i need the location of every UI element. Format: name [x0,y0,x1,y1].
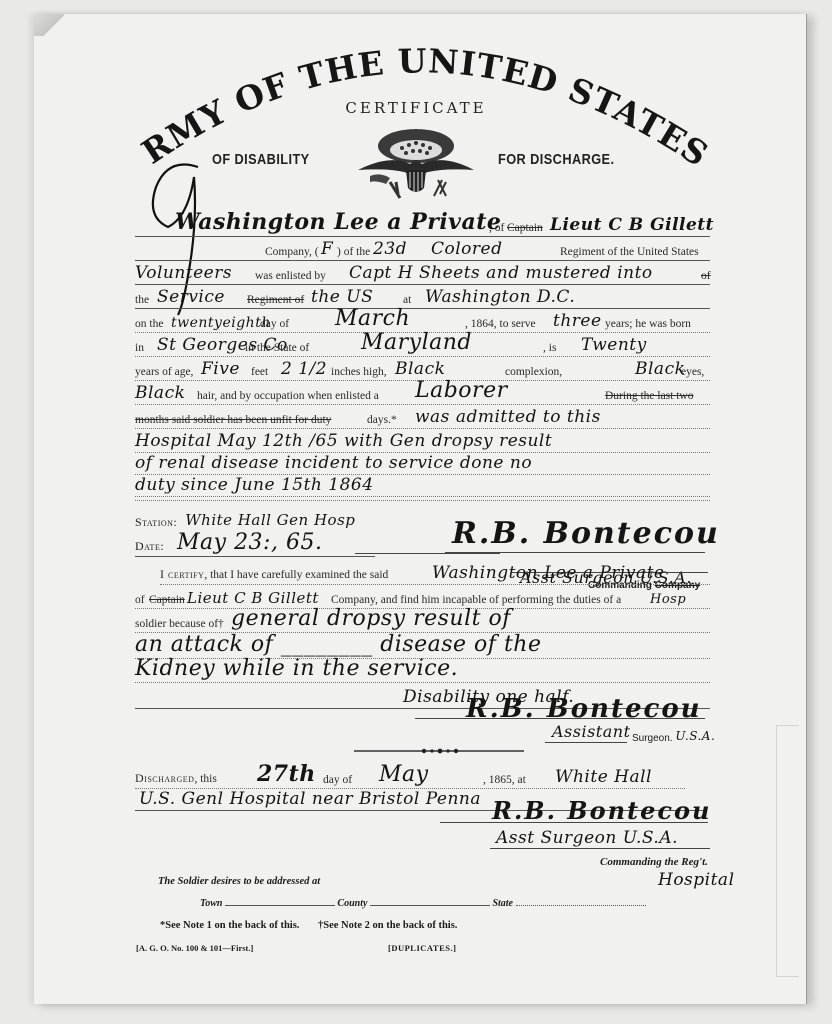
enlist-place: Washington D.C. [425,287,575,307]
reason-line-3: Kidney while in the service. [135,656,458,681]
reason-line-2: an attack of ________ disease of the [135,632,541,657]
certify-row: I certify, that I have carefully examine… [160,560,710,585]
address-label: The Soldier desires to be addressed at [158,876,320,887]
service-row: the Service Regiment of the US at Washin… [135,284,710,309]
disability-cause-row: soldier because of† general dropsy resul… [135,608,710,633]
surgeon-signature-2: R.B. Bontecou [466,694,702,724]
regiment-of-value: the US [311,287,373,307]
surgeon-label: Surgeon. U.S.A. [632,730,715,744]
discharge-day: 27th [257,761,316,787]
signature-line [440,822,708,823]
discharge-place-1: White Hall [555,767,652,787]
enlisted-by-row: Volunteers was enlisted by Capt H Sheets… [135,260,710,285]
soldier-name-row: Washington Lee a Private , of Captain Li… [135,206,710,237]
term-value: three [553,311,602,331]
state-field [516,905,646,906]
occupation-row: Black hair, and by occupation when enlis… [135,380,710,405]
duplicates-label: [DUPLICATES.] [388,943,456,953]
regiment-number: 23d [373,239,407,259]
bleed-through-stamp [776,725,799,977]
complexion-value: Black [395,359,445,379]
certify-soldier-name: Washington Lee a Private [432,563,664,583]
note-2: †See Note 2 on the back of this. [318,920,457,931]
disability-cause-row: Kidney while in the service. [135,658,710,683]
station-row [135,472,435,496]
age-value: Twenty [581,335,647,355]
form-number: [A. G. O. No. 100 & 101—First.] [136,943,253,953]
soldier-name: Washington Lee a Private [175,209,501,235]
discharge-place-2: U.S. Genl Hospital near Bristol Penna [139,789,481,809]
birthplace-row: in St Georges Co in the State of Marylan… [135,332,710,357]
eagle-emblem-icon [350,124,482,200]
remarks-line-3: of renal disease incident to service don… [135,453,532,473]
regiment-type: Colored [431,239,502,259]
station-block: Station: White Hall Gen Hosp [135,512,351,531]
surgeon-signature-1: R.B. Bontecou [452,516,720,551]
date-value: May 23:, 65. [177,530,322,555]
born-state: Maryland [361,330,472,355]
surgeon-signature-3: R.B. Bontecou [492,796,711,825]
remarks-line-1: was admitted to this [415,407,601,427]
certificate-label: CERTIFICATE [0,99,832,117]
enlist-day: twentyeighth [171,315,271,331]
volunteers-value: Volunteers [135,263,232,283]
captain-struck: Captain [507,222,543,234]
hair-value: Black [135,383,185,403]
signature-line [415,718,705,719]
discharge-month: May [379,762,429,787]
captain-name: Lieut C B Gillett [550,215,714,235]
rank-line [545,742,627,743]
town-field [225,905,335,906]
section-divider [355,553,500,554]
address-fields: Town County State [200,898,646,909]
title-line [490,848,710,849]
height-inches: 2 1/2 [281,359,327,379]
reason-line-1: general dropsy result of [231,606,511,631]
ornamental-divider [354,747,524,755]
date-block: Date: May 23:, 65. [135,536,375,557]
station-value: White Hall Gen Hosp [185,511,355,529]
of-disability-label: OF DISABILITY [212,151,310,168]
enlisted-by-value: Capt H Sheets and mustered into [349,263,653,283]
eyes-value: Black [635,359,685,379]
hospital-insert: Hospital [658,870,735,1023]
height-feet: Five [201,359,240,379]
occupation-value: Laborer [415,378,508,403]
for-discharge-label: FOR DISCHARGE. [498,151,614,168]
county-field [370,905,490,906]
enlist-month: March [335,306,410,331]
unfit-row: months said soldier has been unfit for d… [135,404,710,429]
company-row: Company, ( F ) of the 23d Colored Regime… [135,236,710,261]
remarks-line-2: Hospital May 12th /65 with Gen dropsy re… [135,431,552,451]
service-value: Service [157,287,225,307]
certify-captain-name: Lieut C B Gillett [187,589,319,607]
commanding-regt-label: Commanding the Reg't. [600,856,708,868]
company-letter: F [321,239,333,259]
note-1: *See Note 1 on the back of this. [160,920,299,931]
